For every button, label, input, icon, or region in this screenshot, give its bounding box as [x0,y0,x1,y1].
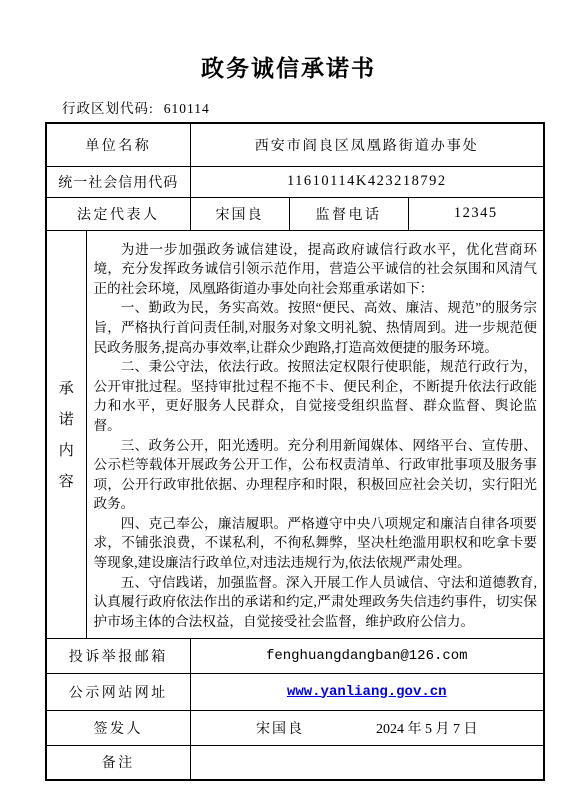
document-page: 政务诚信承诺书 行政区划代码:610114 单位名称 西安市阎良区凤凰路街道办事… [0,0,577,804]
commitment-paragraph-1: 一、勤政为民，务实高效。按照“便民、高效、廉洁、规范”的服务宗旨，严格执行首问责… [94,298,538,357]
remarks-value [190,745,544,780]
admin-code-label: 行政区划代码: [62,101,154,116]
issuer-name: 宋国良 [256,718,304,738]
commitment-label-char: 承 [59,377,74,398]
supervision-phone-label: 监督电话 [289,197,408,230]
commitment-paragraph-5: 五、守信践诺，加强监督。深入开展工作人员诚信、守法和道德教育,认真履行政府依法作… [94,573,538,632]
commitment-paragraph-3: 三、政务公开，阳光透明。充分利用新闻媒体、网络平台、宣传册、公示栏等载体开展政务… [94,436,538,514]
table-row-issuer: 签发人 宋国良 2024 年 5 月 7 日 [46,710,544,745]
remarks-label: 备注 [46,745,190,780]
website-label: 公示网站网址 [46,673,190,710]
issue-date: 2024 年 5 月 7 日 [376,718,478,738]
commitment-label-char: 容 [59,470,74,491]
table-row-remarks: 备注 [46,745,544,780]
table-row-website: 公示网站网址 www.yanliang.gov.cn [46,673,544,710]
table-row-unit-name: 单位名称 西安市阎良区凤凰路街道办事处 [46,123,544,166]
table-row-legal-rep: 法定代表人 宋国良 监督电话 12345 [46,197,544,230]
unit-name-label: 单位名称 [46,123,190,166]
admin-division-code: 行政区划代码:610114 [62,97,577,117]
website-value-cell: www.yanliang.gov.cn [190,673,544,710]
issuer-value-cell: 宋国良 2024 年 5 月 7 日 [190,710,544,745]
commitment-label-char: 内 [59,439,74,460]
table-row-complaint-email: 投诉举报邮箱 fenghuangdangban@126.com [46,638,544,673]
commitment-paragraph-4: 四、克己奉公，廉洁履职。严格遵守中央八项规定和廉洁自律各项要求，不铺张浪费，不谋… [94,514,538,573]
commitment-table: 单位名称 西安市阎良区凤凰路街道办事处 统一社会信用代码 11610114K42… [45,122,545,781]
complaint-email-label: 投诉举报邮箱 [46,638,190,673]
public-website-link[interactable]: www.yanliang.gov.cn [287,684,447,700]
table-row-credit-code: 统一社会信用代码 11610114K423218792 [46,166,544,197]
credit-code-label: 统一社会信用代码 [46,166,190,197]
commitment-paragraph-intro: 为进一步加强政务诚信建设，提高政府诚信行政水平，优化营商环境，充分发挥政务诚信引… [94,240,538,299]
legal-rep-label: 法定代表人 [46,197,190,230]
legal-rep-value: 宋国良 [190,197,289,230]
admin-code-value: 610114 [164,101,210,116]
complaint-email-value: fenghuangdangban@126.com [190,638,544,673]
unit-name-value: 西安市阎良区凤凰路街道办事处 [190,123,544,166]
supervision-phone-value: 12345 [408,197,544,230]
commitment-paragraph-2: 二、秉公守法，依法行政。按照法定权限行使职能，规范行政行为，公开审批过程。坚持审… [94,357,538,435]
credit-code-value: 11610114K423218792 [190,166,544,197]
table-row-commitment: 承 诺 内 容 为进一步加强政务诚信建设，提高政府诚信行政水平，优化营商环境，充… [46,230,544,638]
issuer-value-wrap: 宋国良 2024 年 5 月 7 日 [191,718,544,738]
commitment-label-char: 诺 [59,408,74,429]
page-title: 政务诚信承诺书 [0,50,577,83]
commitment-content-body: 为进一步加强政务诚信建设，提高政府诚信行政水平，优化营商环境，充分发挥政务诚信引… [86,230,544,638]
commitment-label-stack: 承 诺 内 容 [47,377,86,491]
issuer-label: 签发人 [46,710,190,745]
commitment-content-label: 承 诺 内 容 [46,230,86,638]
